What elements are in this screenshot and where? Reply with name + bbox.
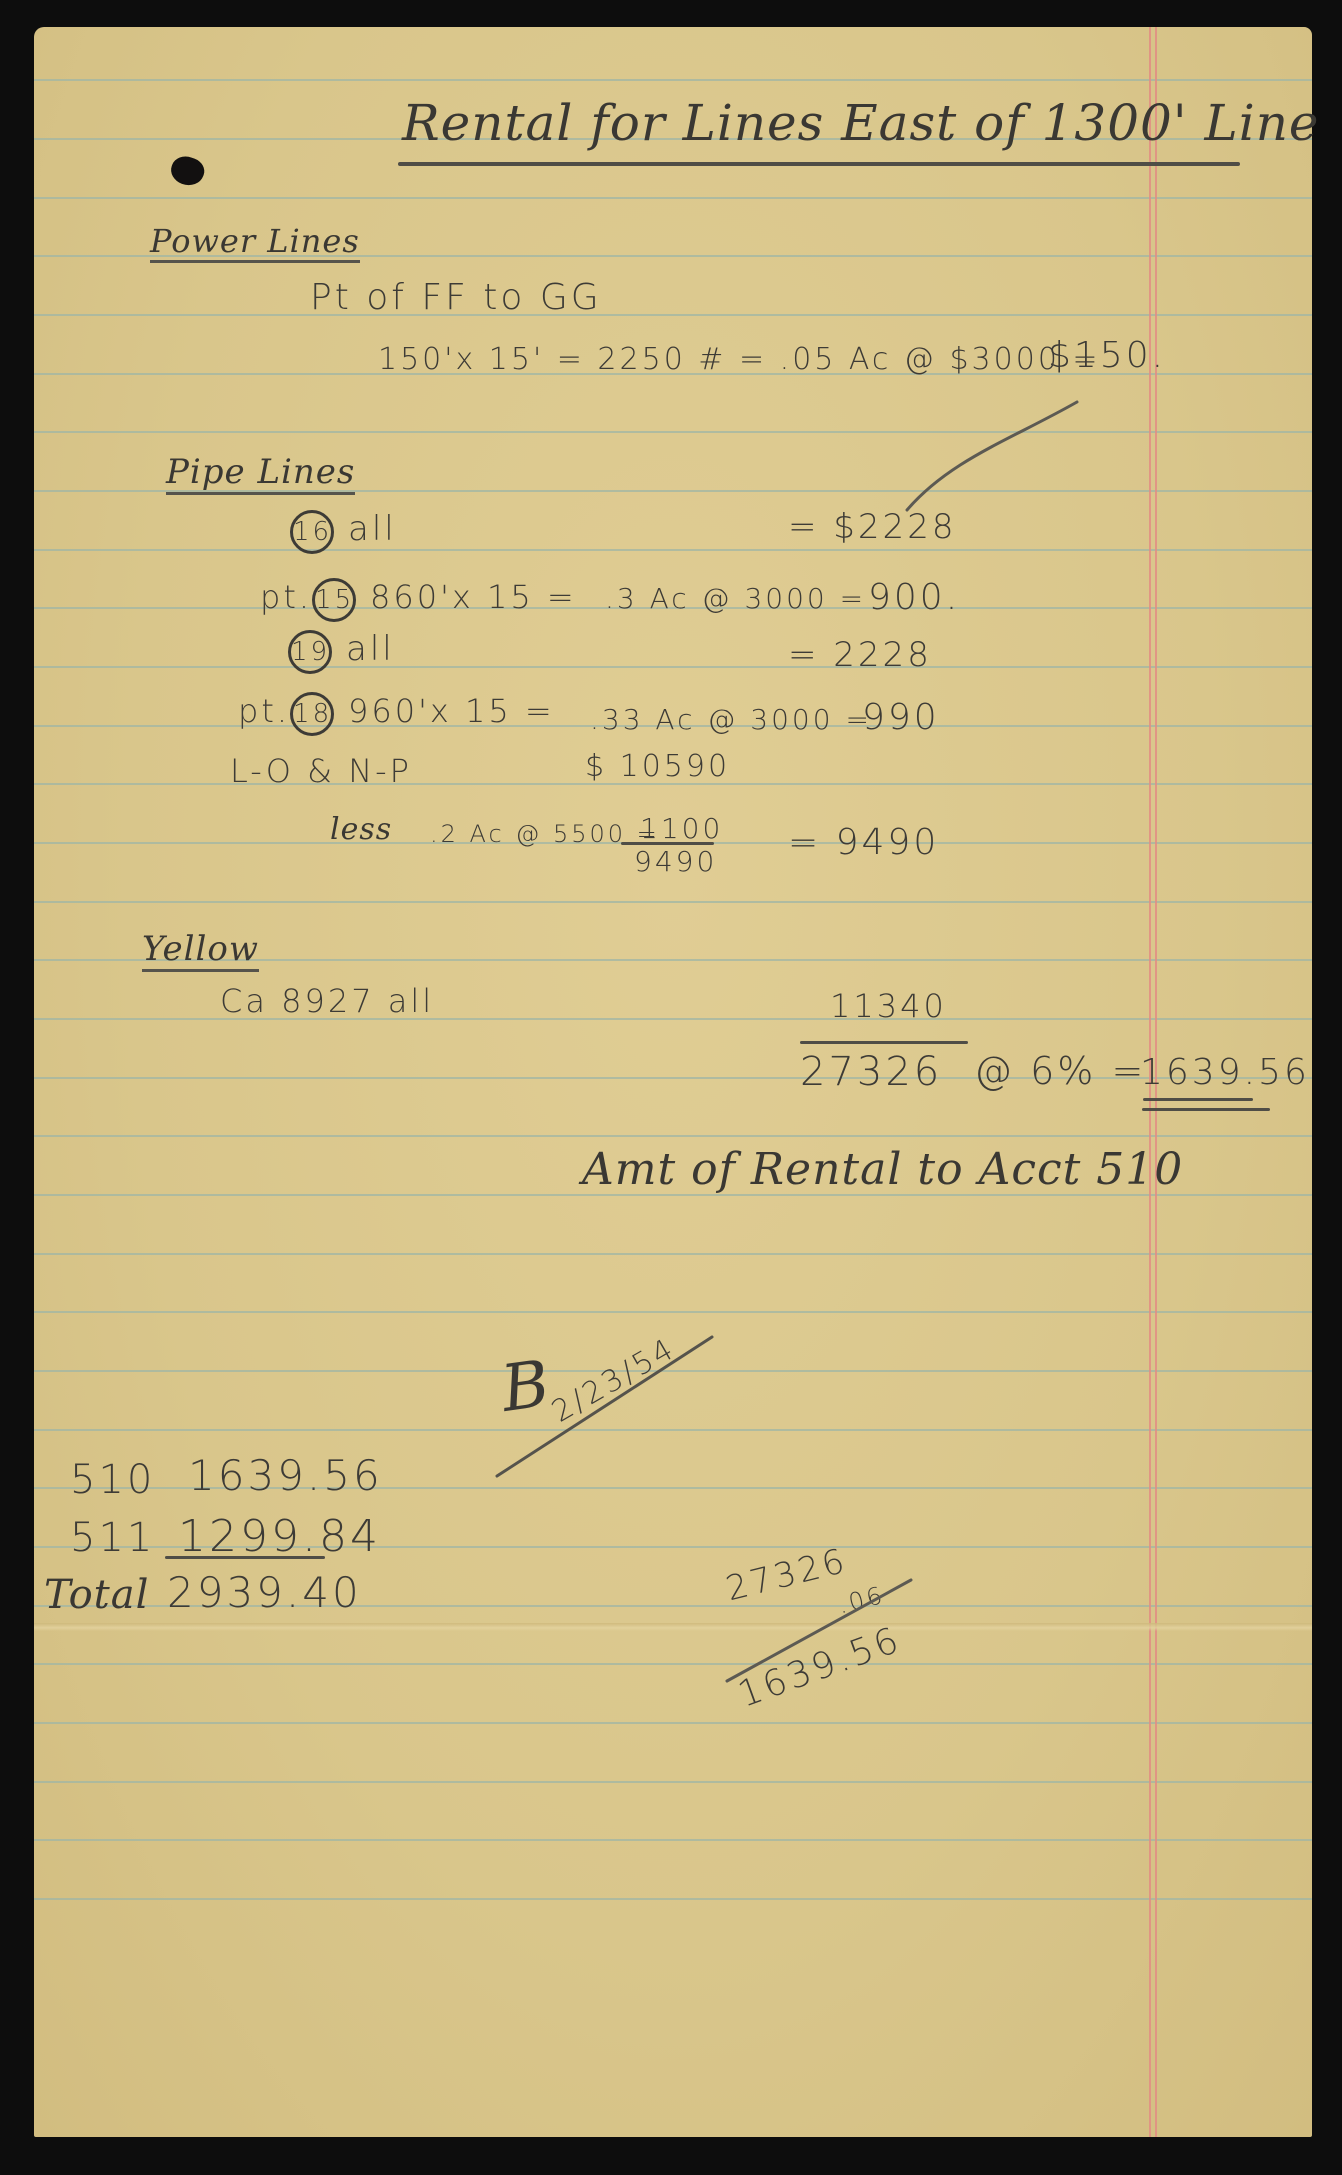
- initials-slash-icon: [497, 1337, 712, 1476]
- check-mark-icon: [907, 402, 1077, 510]
- pencil-strokes: [0, 0, 1342, 2175]
- scratch-calc-line-icon: [727, 1580, 911, 1681]
